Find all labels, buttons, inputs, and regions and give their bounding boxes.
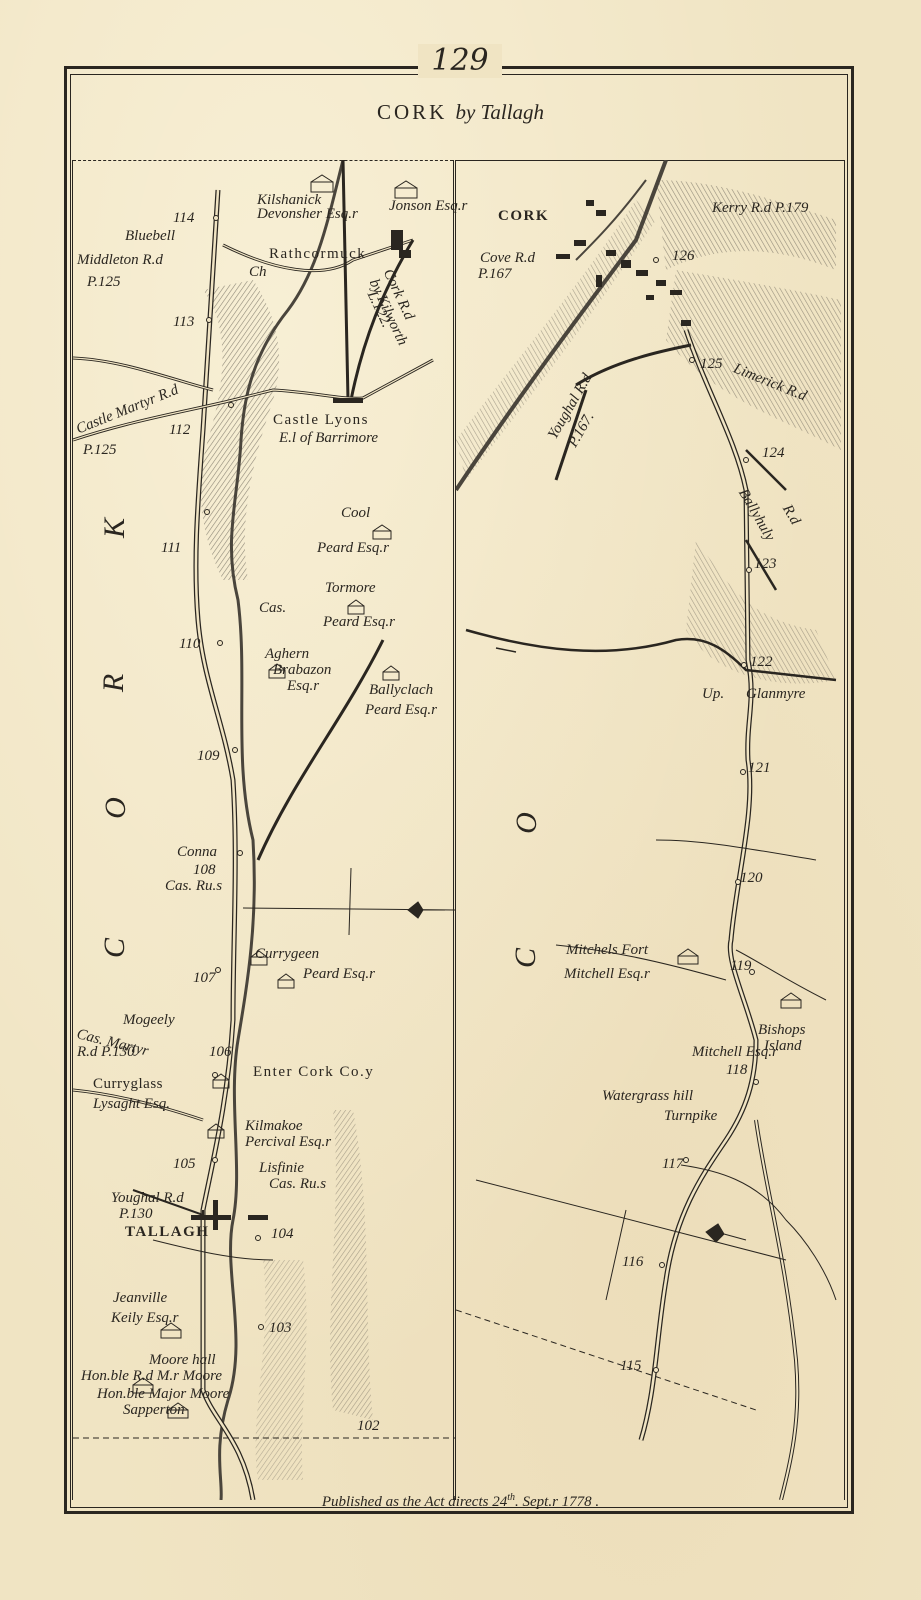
owner-peard-3: Peard Esq.r — [365, 702, 437, 718]
owner-peard-2: Peard Esq.r — [323, 614, 395, 630]
castle-label: Cas. — [259, 600, 286, 616]
road-ref-p130: R.d P.130 — [77, 1044, 135, 1060]
road-youghal: Youghal R.d — [111, 1190, 184, 1206]
left-map-strip: K R O C 114 113 112 111 110 109 108 107 … — [72, 160, 454, 1500]
hill-shading — [201, 280, 279, 580]
milestone-circles — [654, 258, 759, 1373]
hill-shading — [330, 1110, 373, 1420]
boundary-enter-cork: Enter Cork Co.y — [253, 1064, 374, 1080]
publication-superscript: th — [507, 1492, 515, 1503]
mile-marker: 117 — [662, 1156, 683, 1172]
owner-peard-4: Peard Esq.r — [303, 966, 375, 982]
place-bluebell: Bluebell — [125, 228, 175, 244]
place-kilmakoe: Kilmakoe — [245, 1118, 303, 1134]
title-main: CORK — [377, 100, 447, 124]
mile-marker: 120 — [740, 870, 763, 886]
mile-marker: 110 — [179, 636, 200, 652]
mile-marker: 123 — [754, 556, 777, 572]
road-kerry: Kerry R.d P.179 — [712, 200, 808, 216]
place-glanmyre: Glanmyre — [746, 686, 805, 702]
county-letter: C — [518, 948, 534, 968]
owner-rd-moore: Hon.ble R.d M.r Moore — [81, 1368, 222, 1384]
meridian-line — [476, 1180, 786, 1260]
publication-date: . Sept.r 1778 . — [515, 1494, 599, 1510]
place-turnpike: Turnpike — [664, 1108, 717, 1124]
owner-esq: Esq.r — [287, 678, 319, 694]
mile-marker: 108 — [193, 862, 216, 878]
mile-marker: 122 — [750, 654, 773, 670]
road-ref-p125b: P.125 — [83, 442, 116, 458]
owner-devonsher: Devonsher Esq.r — [257, 206, 358, 222]
church-label: Ch — [249, 264, 267, 280]
county-letter: K — [107, 518, 123, 538]
place-aghern: Aghern — [265, 646, 309, 662]
mile-marker: 109 — [197, 748, 220, 764]
title-sub: by Tallagh — [456, 100, 545, 124]
plate-number: 129 — [418, 44, 502, 78]
right-map-strip: O C 126 125 124 123 122 121 120 119 118 … — [455, 160, 845, 1500]
mile-marker: 107 — [193, 970, 216, 986]
county-letter: R — [106, 674, 122, 692]
mile-marker: 121 — [748, 760, 771, 776]
place-watergrass-hill: Watergrass hill — [602, 1088, 693, 1104]
publication-text: Published as the Act directs 24 — [322, 1494, 507, 1510]
place-sapperton: Sapperton — [123, 1402, 185, 1418]
place-conna: Conna — [177, 844, 217, 860]
owner-lysaght: Lysaght Esq. — [93, 1096, 170, 1112]
hill-shading — [256, 1260, 307, 1480]
town-tallagh: TALLAGH — [125, 1224, 209, 1240]
town-rathcormuck — [391, 230, 411, 258]
castle-ruins-1: Cas. Ru.s — [165, 878, 222, 894]
publication-line: Published as the Act directs 24th. Sept.… — [0, 1492, 921, 1511]
place-tormore: Tormore — [325, 580, 376, 596]
mile-marker: 125 — [700, 356, 723, 372]
castle-ruins-2: Cas. Ru.s — [269, 1176, 326, 1192]
owner-mitchell-1: Mitchell Esq.r — [564, 966, 650, 982]
city-cork: CORK — [498, 208, 549, 224]
fleur-de-lis-icon — [706, 1224, 746, 1242]
place-up: Up. — [702, 686, 724, 702]
page-title: CORK by Tallagh — [0, 100, 921, 125]
mile-marker: 112 — [169, 422, 190, 438]
mile-marker: 111 — [161, 540, 181, 556]
owner-peard-1: Peard Esq.r — [317, 540, 389, 556]
town-castle-lyons: Castle Lyons — [273, 412, 369, 428]
county-boundary-dashed — [456, 1310, 756, 1410]
road-ref-p130b: P.130 — [119, 1206, 152, 1222]
owner-major-moore: Hon.ble Major Moore — [97, 1386, 229, 1402]
mile-marker: 102 — [357, 1418, 380, 1434]
mile-marker: 104 — [271, 1226, 294, 1242]
place-curryglass: Curryglass — [93, 1076, 163, 1092]
mile-marker: 103 — [269, 1320, 292, 1336]
place-ballyclach: Ballyclach — [369, 682, 433, 698]
town-rathcormuck-label: Rathcormuck — [269, 246, 366, 262]
road-ref-p167: P.167 — [478, 266, 511, 282]
county-letter: C — [107, 938, 123, 958]
place-cool: Cool — [341, 505, 370, 521]
owner-mitchell-2: Mitchell Esq.r — [692, 1044, 778, 1060]
place-bishops: Bishops — [758, 1022, 806, 1038]
castle-lyons-bridge — [333, 398, 363, 403]
road-ref-p125: P.125 — [87, 274, 120, 290]
mile-marker: 106 — [209, 1044, 232, 1060]
place-currygeen: Currygeen — [255, 946, 319, 962]
road-cove: Cove R.d — [480, 250, 535, 266]
owner-keily: Keily Esq.r — [111, 1310, 179, 1326]
place-mogeely: Mogeely — [123, 1012, 175, 1028]
owner-earl-barrimore: E.l of Barrimore — [279, 430, 378, 446]
mile-marker: 116 — [622, 1254, 643, 1270]
mile-marker: 118 — [726, 1062, 747, 1078]
county-letter: O — [519, 812, 535, 834]
fleur-de-lis-icon — [408, 902, 445, 918]
mile-marker: 119 — [730, 958, 751, 974]
mile-marker: 126 — [672, 248, 695, 264]
mile-marker: 105 — [173, 1156, 196, 1172]
mile-marker: 113 — [173, 314, 194, 330]
place-lisfinie: Lisfinie — [259, 1160, 304, 1176]
mile-marker: 115 — [620, 1358, 641, 1374]
mile-marker: 114 — [173, 210, 194, 226]
place-mitchels-fort: Mitchels Fort — [566, 942, 648, 958]
owner-brabazon: Brabazon — [273, 662, 331, 678]
place-moore-hall: Moore hall — [149, 1352, 216, 1368]
place-jeanville: Jeanville — [113, 1290, 167, 1306]
mile-marker: 124 — [762, 445, 785, 461]
county-letter: O — [108, 797, 124, 819]
road-middleton: Middleton R.d — [77, 252, 163, 268]
owner-percival: Percival Esq.r — [245, 1134, 331, 1150]
